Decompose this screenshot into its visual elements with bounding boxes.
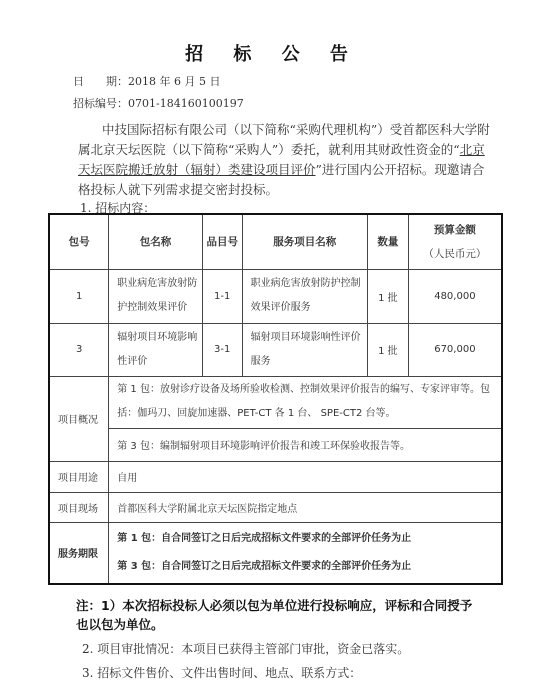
header-budget: 预算金额 （人民币元）	[408, 214, 502, 269]
section-3-text: 3. 招标文件售价、文件出售时间、地点、联系方式：	[82, 664, 361, 681]
header-budget-line1: 预算金额	[409, 218, 501, 242]
bid-number-label: 招标编号：	[73, 97, 128, 110]
header-service-name: 服务项目名称	[242, 214, 367, 269]
bid-number-line: 招标编号：0701-184160100197	[73, 95, 244, 111]
period-row: 服务期限 第 1 包：自合同签订之日后完成招标文件要求的全部评价任务为止 第 3…	[49, 522, 502, 584]
period-pkg1: 第 1 包：自合同签订之日后完成招标文件要求的全部评价任务为止	[117, 525, 501, 553]
header-pkg-name: 包名称	[109, 214, 203, 269]
period-label: 服务期限	[49, 522, 109, 584]
cell-budget: 670,000	[408, 323, 502, 376]
cell-pkg-name: 职业病危害放射防护控制效果评价	[109, 269, 203, 323]
site-label: 项目现场	[49, 492, 109, 522]
site-value: 首都医科大学附属北京天坛医院指定地点	[109, 492, 502, 522]
usage-row: 项目用途 自用	[49, 461, 502, 492]
date-line: 日 期：2018 年 6 月 5 日	[73, 73, 220, 89]
usage-label: 项目用途	[49, 461, 109, 492]
intro-text-1: 中技国际招标有限公司（以下简称“采购代理机构”）受首都医科大学附属北京天坛医院（…	[78, 122, 490, 157]
cell-service-name: 辐射项目环境影响性评价服务	[242, 323, 367, 376]
header-item-no: 品目号	[202, 214, 242, 269]
cell-pkg-name: 辐射项目环境影响性评价	[109, 323, 203, 376]
header-budget-line2: （人民币元）	[409, 242, 501, 266]
date-label: 日 期：	[73, 75, 128, 88]
bid-table: 包号 包名称 品目号 服务项目名称 数量 预算金额 （人民币元） 1 职业病危害…	[48, 213, 503, 585]
date-value: 2018 年 6 月 5 日	[128, 75, 220, 88]
table-row: 3 辐射项目环境影响性评价 3-1 辐射项目环境影响性评价服务 1 批 670,…	[49, 323, 502, 376]
usage-value: 自用	[109, 461, 502, 492]
period-pkg3: 第 3 包：自合同签订之日后完成招标文件要求的全部评价任务为止	[117, 553, 501, 581]
cell-pkg-no: 3	[49, 323, 109, 376]
site-row: 项目现场 首都医科大学附属北京天坛医院指定地点	[49, 492, 502, 522]
cell-quantity: 1 批	[367, 269, 408, 323]
table-row: 1 职业病危害放射防护控制效果评价 1-1 职业病危害放射防护控制效果评价服务 …	[49, 269, 502, 323]
overview-row-1: 项目概况 第 1 包：放射诊疗设备及场所验收检测、控制效果评价报告的编写、专家评…	[49, 376, 502, 428]
section-2-text: 2. 项目审批情况：本项目已获得主管部门审批，资金已落实。	[82, 640, 409, 657]
bid-number-value: 0701-184160100197	[128, 97, 244, 110]
header-pkg-no: 包号	[49, 214, 109, 269]
cell-item-no: 3-1	[202, 323, 242, 376]
period-value: 第 1 包：自合同签订之日后完成招标文件要求的全部评价任务为止 第 3 包：自合…	[109, 522, 502, 584]
page-title: 招 标 公 告	[0, 40, 545, 66]
cell-service-name: 职业病危害放射防护控制效果评价服务	[242, 269, 367, 323]
header-quantity: 数量	[367, 214, 408, 269]
cell-budget: 480,000	[408, 269, 502, 323]
cell-quantity: 1 批	[367, 323, 408, 376]
table-header-row: 包号 包名称 品目号 服务项目名称 数量 预算金额 （人民币元）	[49, 214, 502, 269]
note-text: 注：1）本次招标投标人必须以包为单位进行投标响应，评标和合同授予也以包为单位。	[76, 596, 476, 634]
cell-item-no: 1-1	[202, 269, 242, 323]
intro-paragraph: 中技国际招标有限公司（以下简称“采购代理机构”）受首都医科大学附属北京天坛医院（…	[78, 120, 490, 200]
overview-row-2: 第 3 包：编制辐射项目环境影响评价报告和竣工环保验收报告等。	[49, 428, 502, 461]
overview-pkg1: 第 1 包：放射诊疗设备及场所验收检测、控制效果评价报告的编写、专家评审等。包括…	[109, 376, 502, 428]
overview-pkg3: 第 3 包：编制辐射项目环境影响评价报告和竣工环保验收报告等。	[109, 428, 502, 461]
cell-pkg-no: 1	[49, 269, 109, 323]
overview-label: 项目概况	[49, 376, 109, 461]
